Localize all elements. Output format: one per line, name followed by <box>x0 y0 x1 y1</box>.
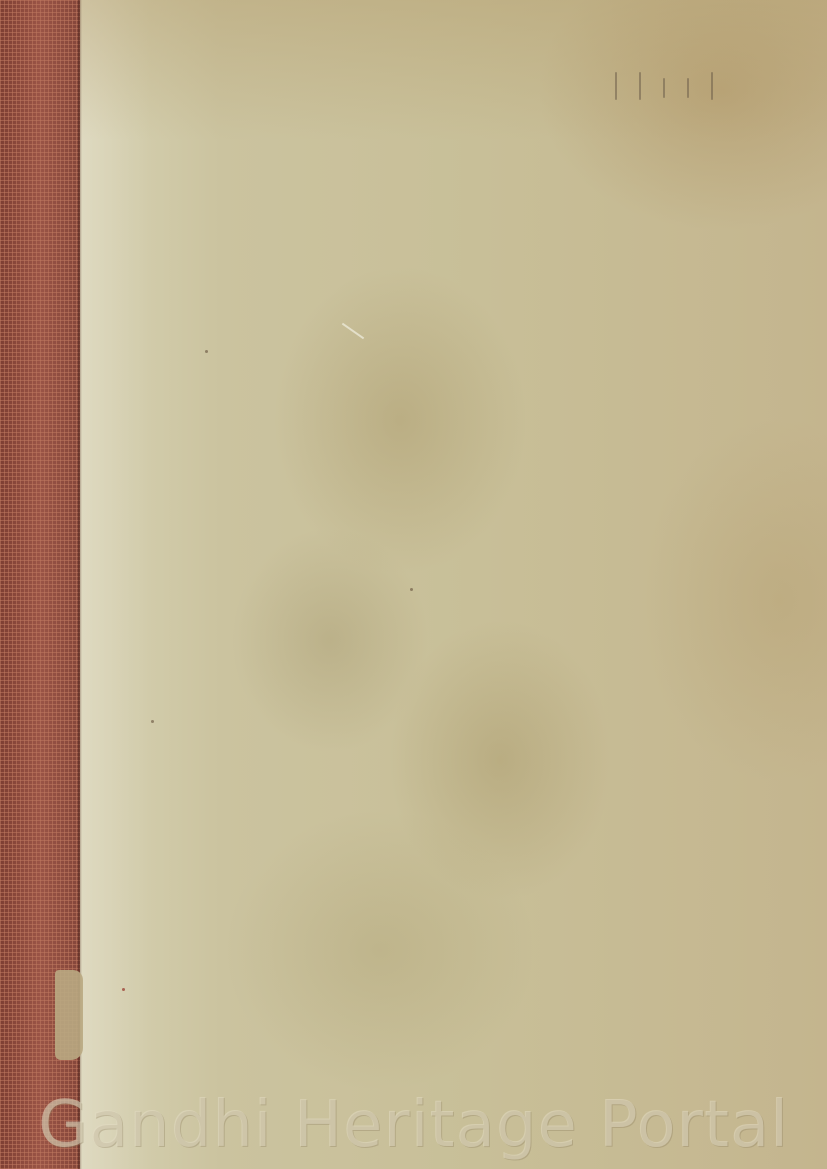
pencil-stroke <box>615 72 617 100</box>
top-stain <box>80 0 827 140</box>
scanned-page: Gandhi Heritage Portal <box>0 0 827 1169</box>
pencil-stroke <box>687 78 689 98</box>
pencil-stroke <box>639 72 641 100</box>
pencil-stroke <box>711 72 713 100</box>
paper-speck <box>151 720 154 723</box>
inner-margin-strip <box>80 0 150 1169</box>
watermark-text: Gandhi Heritage Portal <box>0 1088 827 1162</box>
handwritten-pencil-marks <box>615 72 775 112</box>
pencil-stroke <box>663 78 665 98</box>
paper-speck <box>205 350 208 353</box>
torn-paper-patch <box>55 970 83 1060</box>
paper-sheet <box>80 0 827 1169</box>
paper-speck <box>410 588 413 591</box>
paper-speck <box>122 988 125 991</box>
